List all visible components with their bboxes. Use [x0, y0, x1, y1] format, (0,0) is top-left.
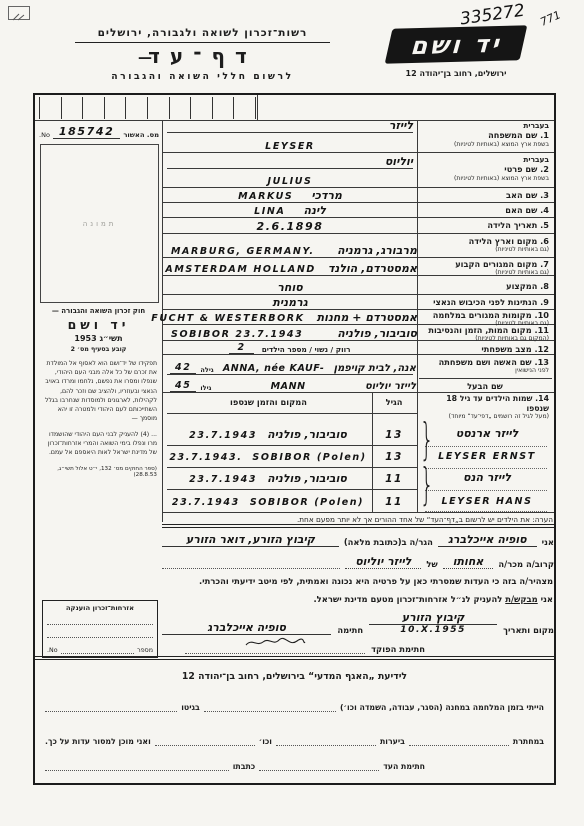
- section-divider: [162, 524, 554, 528]
- law-footnote: (ספר החוקים מס׳ 132, י״ט אלול תשי״ג, 28.…: [40, 466, 157, 478]
- husband-age-group: גילו 45: [170, 380, 211, 392]
- child-row-2-age: 13: [374, 448, 414, 463]
- citizenship-number-label: מספר: [137, 647, 153, 654]
- child-row-1-place: סוביבור, פולניה 23.7.1943: [167, 426, 369, 441]
- age-column-divider: [372, 392, 373, 512]
- subject-name: לייזר יוליוס: [345, 555, 421, 569]
- office-address: ירושלים, רחוב בן־יהודה 12: [392, 69, 520, 78]
- field-6-value: מרבורג, גרמניה MARBURG, GERMANY.: [167, 243, 421, 257]
- field-12-label: 12. מצב משפחתי: [421, 344, 549, 354]
- underground-label: במחתרת: [513, 737, 544, 746]
- field-4-label: 4. שם האם: [421, 205, 549, 215]
- yad-vashem-logo: יד ושם: [385, 25, 528, 63]
- wife-name-row: אנה, לבית קויפמן ANNA, née KAUF- גילה 42: [167, 359, 419, 374]
- wife-age-group: גילה 42: [170, 362, 214, 374]
- bottom-section-divider: [35, 656, 554, 660]
- field-10-value: אמסטרדם + מחנות FUCHT & WESTERBORK: [167, 311, 421, 324]
- field-2-hebrew-value: יוליוס: [167, 155, 453, 168]
- law-title-4: קובע בסעיף מס׳ 2: [40, 346, 157, 353]
- bottom-line-1: הייתי בזמן המלחמה במחנה (הסגר, עבודה, הש…: [45, 697, 544, 712]
- declaration-line-1: אני סופיה אייכלברג הגר/ה ב(כתובת מלאה) ק…: [162, 531, 554, 547]
- signature-row: מקום ותאריך קיבוץ הזורע 10.X.1955 חתימה …: [162, 607, 554, 635]
- clerk-signature-label: חתימת הפוקד: [371, 644, 425, 654]
- law-title-3: תשי״ג 1953: [40, 334, 157, 343]
- scanned-testimony-page: 335272 771 רשות־זכרון לשואה ולגבורה, ירו…: [0, 0, 584, 826]
- date-value: 10.X.1955: [400, 625, 466, 635]
- declaration-statement: מצהיר/ה בזה כי העדות שמסרתי כאן על פרטיה…: [165, 576, 553, 586]
- child-2-name-hebrew: לייזר הנס: [425, 469, 549, 484]
- bottom-line-3: חתימת העד כתבתו: [45, 756, 425, 771]
- place-date-values: קיבוץ הזורע 10.X.1955: [369, 611, 497, 635]
- husband-name-row: לייזר יוליוס MANN גילו 45: [167, 377, 419, 392]
- etc-label: וכו׳: [259, 737, 272, 746]
- i-label: אני: [542, 537, 554, 547]
- citizenship-title: אזרחות־זכרון הוענקה: [47, 604, 153, 612]
- ready-to-testify-label: ואני מוכן למסור עדות על כך.: [45, 737, 151, 746]
- law-title-2: יד ושם: [40, 317, 157, 332]
- child-1-name-latin: LEYSER ERNST: [425, 447, 549, 462]
- field-6-label: 6. מקום וארץ הלידה (גם באותיות לטיניות): [421, 236, 549, 254]
- law-box: חוק זכרון השואה והגבורה — יד ושם תשי״ג 1…: [40, 307, 157, 478]
- corner-mark: [8, 6, 30, 20]
- resides-label: הגר/ה ב(כתובת מלאה): [344, 537, 433, 547]
- witness-address-label: כתבתו: [233, 762, 256, 771]
- place-value: קיבוץ הזורע: [369, 611, 497, 625]
- husband-name-label: שם הבעל: [421, 381, 549, 391]
- field-11-label: 11. מקום המות, הזמן והנסיבות (המקום גם ב…: [421, 325, 549, 343]
- law-paragraph-1: תפקידו של יד־ושם הוא לאסוף אל המולדת את …: [40, 359, 157, 424]
- law-paragraph-2: ... (4) להעניק לבני העם היהודי שהושמדו מ…: [40, 430, 157, 458]
- field-1-hebrew-value: לייזר: [167, 119, 443, 132]
- certificate-no-abbrev: No.: [39, 131, 50, 139]
- relation-label: קרוב/ה מכר/ה: [498, 559, 554, 569]
- marital-status-options: רווק / נשוי / מספר הילדים: [262, 345, 351, 354]
- declaration-line-2: קרוב/ה מכר/ה אחותו של לייזר יוליוס: [162, 554, 554, 569]
- citizenship-no-abbrev: No.: [47, 647, 58, 654]
- bottom-section-header: לידיעת „האגף המדעי“ בירושלים, רחוב בן־יה…: [35, 671, 554, 682]
- child-row-3-age: 11: [374, 470, 414, 485]
- certificate-number-row: מס. האשור 185742 No.: [39, 123, 159, 139]
- photo-box: תמונה: [40, 144, 159, 303]
- table-header-age: הגיל: [373, 397, 415, 407]
- citizenship-box: אזרחות־זכרון הוענקה מספר No.: [42, 600, 158, 658]
- child-row-3-place: סוביבור, פולניה 23.7.1943: [167, 470, 369, 485]
- witness-address: קיבוץ הזורע, דואר הזורע: [162, 533, 339, 547]
- child-row-1-age: 13: [374, 426, 414, 441]
- form-title: דף־עד: [75, 44, 330, 68]
- field-12-value: רווק / נשוי / מספר הילדים 2: [167, 341, 413, 354]
- authority-line: רשות־זכרון לשואה ולגבורה, ירושלים: [75, 27, 330, 43]
- witness-signature: סופיה אייכלברג: [162, 621, 331, 635]
- certificate-label: מס. האשור: [123, 131, 159, 139]
- clerk-signature-row: חתימת הפוקד: [185, 639, 425, 654]
- field-5-label: 5. תאריך הלידה: [421, 220, 549, 230]
- table-header-place: המקום והזמן שנספו: [167, 397, 370, 407]
- field-8-label: 8. המקצוע: [421, 281, 549, 291]
- form-subtitle: לרשום חללי השואה והגבורה: [75, 71, 330, 82]
- field-9-label: 9. הנתינות לפני הכיבוש הנאצי: [421, 297, 549, 307]
- child-row-4-place: SOBIBOR (Polen) 23.7.1943: [167, 493, 369, 508]
- camp-label: הייתי בזמן המלחמה במחנה (הסגר, עבודה, הש…: [340, 703, 544, 712]
- request-underlined-word: מבקש/ת: [505, 594, 537, 604]
- witness-name: סופיה אייכלברג: [438, 533, 537, 547]
- field-2-latin-value: JULIUS: [167, 174, 413, 187]
- field-7-value: אמסטרדם, הולנד AMSTERDAM HOLLAND: [167, 261, 421, 275]
- children-note: הערה: את הילדים יש לרשום ב„דף־העד“ של אח…: [163, 515, 553, 524]
- child-row-4-age: 11: [374, 493, 414, 508]
- field-8-value: סוחר: [167, 281, 413, 294]
- field-7-label: 7. מקום המגורים הקבוע (גם באותיות לטיניו…: [421, 259, 549, 277]
- field-3-value: מרדכי MARKUS: [167, 189, 413, 202]
- form-body: מס. האשור 185742 No. תמונה חוק זכרון השו…: [33, 93, 556, 785]
- photo-label: תמונה: [83, 220, 117, 228]
- field-4-value: לינה LINA: [167, 204, 413, 217]
- field-5-value: 2.6.1898: [167, 219, 413, 233]
- ghetto-label: בגיטו: [181, 703, 200, 712]
- bottom-line-2: במחתרת ביערות וכו׳ ואני מוכן למסור עדות …: [45, 731, 544, 746]
- children-count-value: 2: [229, 342, 253, 354]
- forests-label: ביערות: [380, 737, 405, 746]
- field-3-label: 3. שם האב: [421, 190, 549, 200]
- certificate-number: 185742: [53, 125, 120, 139]
- law-title-1: חוק זכרון השואה והגבורה —: [40, 307, 157, 315]
- declaration-request: אני מבקש/ת להעניק לנ״ל אזרחות־זכרון מטעם…: [165, 594, 553, 604]
- field-14-label: 14. שמות הילדים עד גיל 18 שנספו (מעל לגי…: [421, 394, 549, 421]
- handwritten-annotation: 771: [538, 8, 562, 28]
- logo-text: יד ושם: [409, 29, 502, 59]
- field-9-value: גרמנית: [167, 296, 413, 309]
- child-row-2-place: SOBIBOR (Polen) 23.7.1943.: [167, 448, 369, 463]
- of-label: של: [426, 559, 437, 569]
- corner-scribble-icon: [11, 12, 29, 22]
- child-2-name-latin: LEYSER HANS: [425, 492, 549, 507]
- child-1-name-hebrew: לייזר ארנסט: [425, 425, 549, 440]
- field-11-value: סוביבור, פולניה SOBIBOR 23.7.1943: [167, 326, 421, 340]
- relation-value: אחותו: [443, 555, 494, 569]
- witness-signature-label: חתימת העד: [383, 762, 425, 771]
- field-1-latin-value: LEYSER: [167, 139, 413, 152]
- clerk-signature: [185, 634, 365, 654]
- tick-strip: [39, 97, 256, 119]
- field-13-label: 13. שם האשה ושם משפחתה לפני הנישואין: [421, 357, 549, 375]
- clerk-signature-scribble-icon: [243, 636, 307, 649]
- place-date-label: מקום ותאריך: [503, 625, 554, 635]
